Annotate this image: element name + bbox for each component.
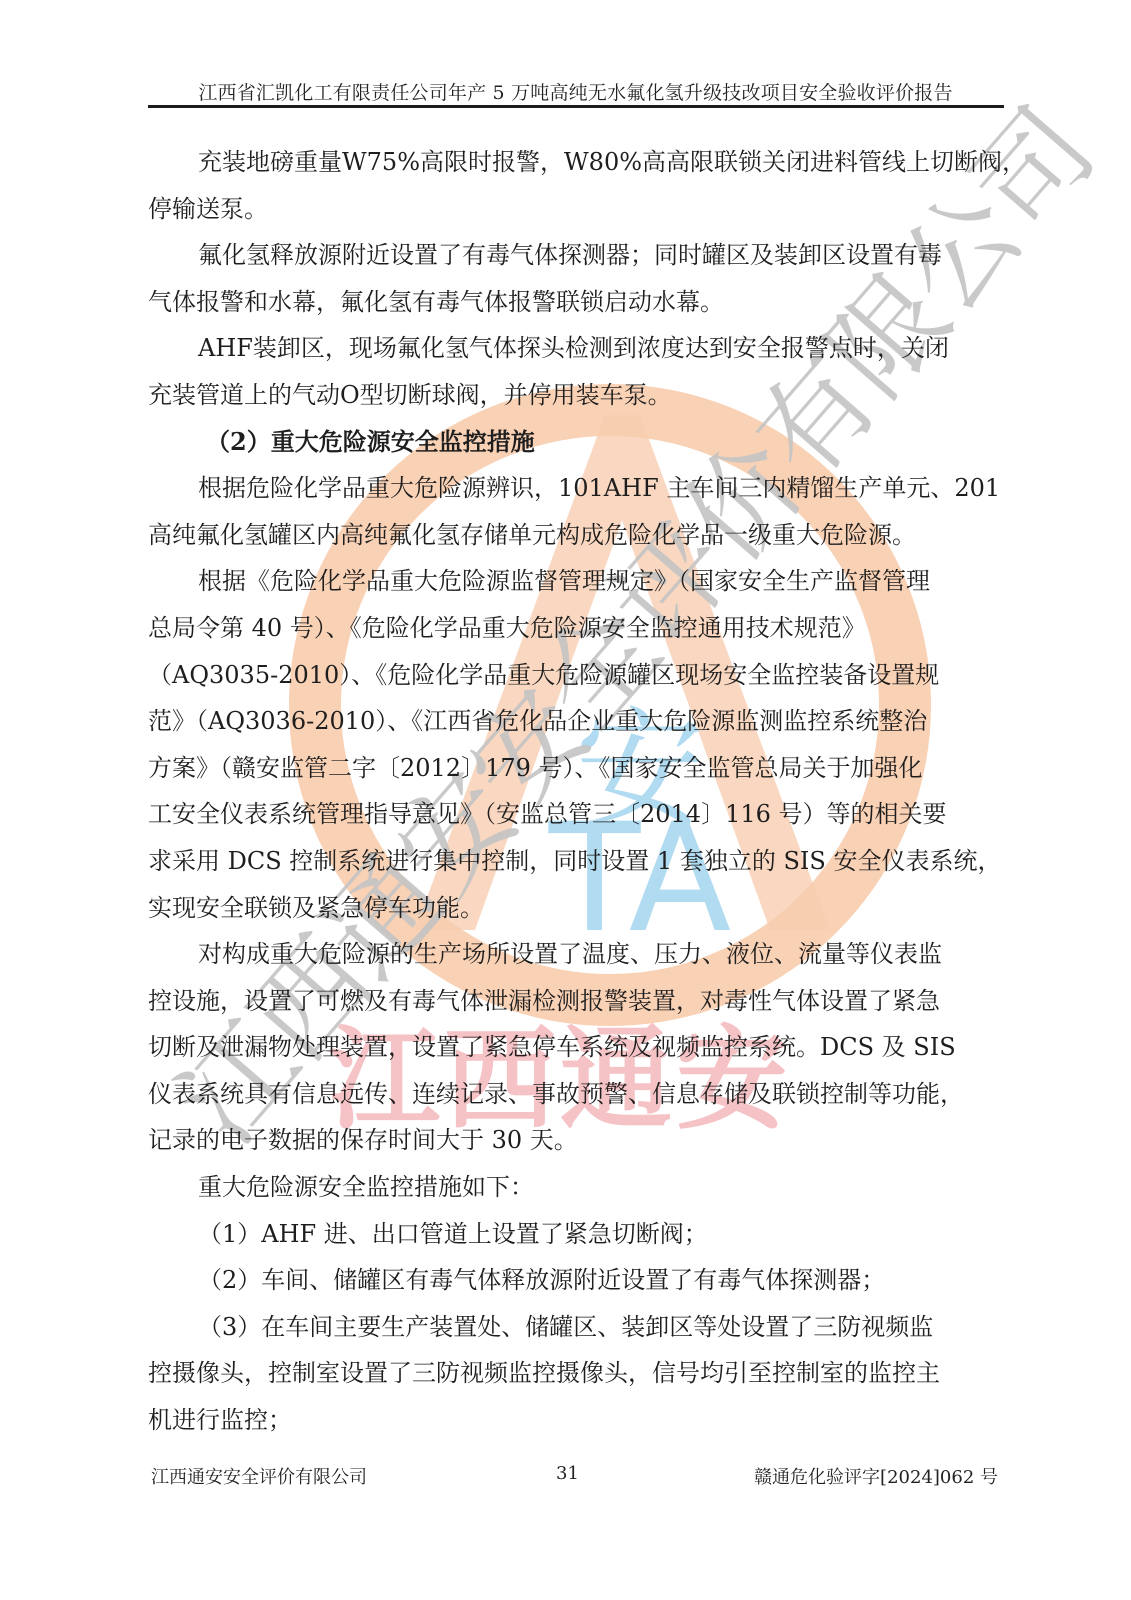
body-line: 停输送泵。: [148, 186, 1004, 233]
document-footer: 江西通安安全评价有限公司 31 赣通危化验评字[2024]062 号: [148, 1463, 1004, 1489]
body-line: 范》（AQ3036-2010）、《江西省危化品企业重大危险源监测监控系统整治: [148, 698, 1004, 745]
body-line: 记录的电子数据的保存时间大于 30 天。: [148, 1117, 1004, 1164]
header-divider: [148, 105, 1004, 108]
body-line: 氟化氢释放源附近设置了有毒气体探测器；同时罐区及装卸区设置有毒: [148, 232, 1004, 279]
document-header-title: 江西省汇凯化工有限责任公司年产 5 万吨高纯无水氟化氢升级技改项目安全验收评价报…: [148, 78, 1003, 105]
body-line: 控设施，设置了可燃及有毒气体泄漏检测报警装置，对毒性气体设置了紧急: [148, 978, 1004, 1025]
body-line: 根据危险化学品重大危险源辨识，101AHF 主车间三内精馏生产单元、201: [148, 465, 1004, 512]
body-line: 总局令第 40 号）、《危险化学品重大危险源安全监控通用技术规范》: [148, 605, 1004, 652]
body-line: 求采用 DCS 控制系统进行集中控制，同时设置 1 套独立的 SIS 安全仪表系…: [148, 838, 1004, 885]
document-page: 安 TA 江西通安 江西通安安全评价有限公司 江西省汇凯化工有限责任公司年产 5…: [0, 0, 1131, 1600]
footer-doc-number: 赣通危化验评字[2024]062 号: [754, 1463, 998, 1489]
section-heading: （2）重大危险源安全监控措施: [148, 419, 1004, 466]
body-line: （2）车间、储罐区有毒气体释放源附近设置了有毒气体探测器；: [148, 1257, 1004, 1304]
document-body: 充装地磅重量W75%高限时报警，W80%高高限联锁关闭进料管线上切断阀，停输送泵…: [148, 139, 1004, 1444]
body-line: （AQ3035-2010）、《危险化学品重大危险源罐区现场安全监控装备设置规: [148, 652, 1004, 699]
body-line: 方案》（赣安监管二字〔2012〕179 号）、《国家安全监管总局关于加强化: [148, 745, 1004, 792]
body-line: 机进行监控；: [148, 1397, 1004, 1444]
body-line: （3）在车间主要生产装置处、储罐区、装卸区等处设置了三防视频监: [148, 1304, 1004, 1351]
body-line: 气体报警和水幕，氟化氢有毒气体报警联锁启动水幕。: [148, 279, 1004, 326]
body-line: 充装地磅重量W75%高限时报警，W80%高高限联锁关闭进料管线上切断阀，: [148, 139, 1004, 186]
footer-company: 江西通安安全评价有限公司: [151, 1463, 367, 1489]
body-line: 充装管道上的气动O型切断球阀，并停用装车泵。: [148, 372, 1004, 419]
body-line: 控摄像头，控制室设置了三防视频监控摄像头，信号均引至控制室的监控主: [148, 1350, 1004, 1397]
body-line: 对构成重大危险源的生产场所设置了温度、压力、液位、流量等仪表监: [148, 931, 1004, 978]
body-line: 切断及泄漏物处理装置，设置了紧急停车系统及视频监控系统。DCS 及 SIS: [148, 1024, 1004, 1071]
body-line: 重大危险源安全监控措施如下：: [148, 1164, 1004, 1211]
body-line: （1）AHF 进、出口管道上设置了紧急切断阀；: [148, 1211, 1004, 1258]
body-line: 高纯氟化氢罐区内高纯氟化氢存储单元构成危险化学品一级重大危险源。: [148, 512, 1004, 559]
footer-page-number: 31: [556, 1463, 579, 1484]
body-line: 实现安全联锁及紧急停车功能。: [148, 885, 1004, 932]
body-line: AHF装卸区，现场氟化氢气体探头检测到浓度达到安全报警点时，关闭: [148, 325, 1004, 372]
body-line: 工安全仪表系统管理指导意见》（安监总管三〔2014〕116 号）等的相关要: [148, 791, 1004, 838]
body-line: 仪表系统具有信息远传、连续记录、事故预警、信息存储及联锁控制等功能，: [148, 1071, 1004, 1118]
body-line: 根据《危险化学品重大危险源监督管理规定》（国家安全生产监督管理: [148, 558, 1004, 605]
